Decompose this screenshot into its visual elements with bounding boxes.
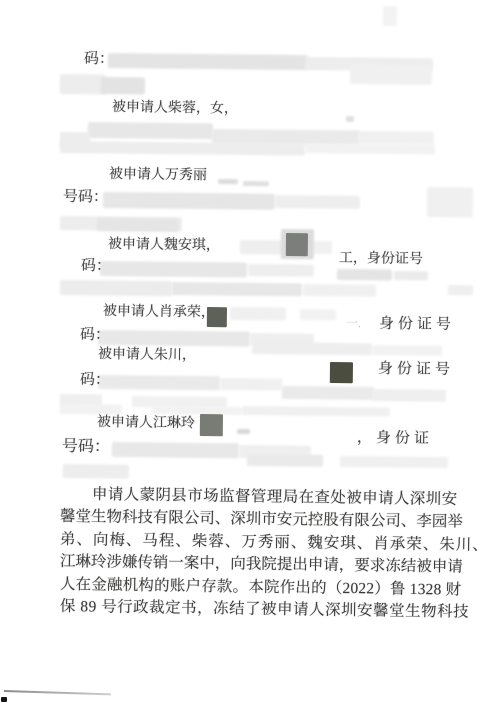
blur-smudge (242, 406, 390, 417)
paragraph-line-2: 馨堂生物科技有限公司、深圳市安元控股有限公司、李园举 (60, 508, 463, 531)
blur-smudge (240, 240, 286, 254)
paragraph-line-1: 申请人蒙阴县市场监督管理局在查处被申请人深圳安 (92, 486, 458, 509)
blur-smudge (346, 116, 354, 122)
number-code-label: 号码： (62, 438, 110, 457)
faint-mark: 一. (346, 317, 361, 331)
redaction-square (330, 362, 353, 383)
blur-smudge (372, 345, 442, 356)
blur-smudge (60, 74, 106, 94)
respondent-line-weianqi: 被申请人魏安琪， (108, 237, 220, 255)
blur-smudge (372, 389, 446, 402)
blur-smudge (100, 261, 247, 278)
blur-smudge (252, 342, 372, 355)
footer-line (4, 690, 111, 695)
blur-smudge (303, 284, 376, 297)
respondent-line-chairong: 被申请人柴蓉，女， (112, 100, 238, 118)
blur-smudge (218, 179, 238, 184)
blur-smudge (220, 378, 282, 391)
blur-smudge (97, 218, 179, 232)
respondent-line-xiaochengrong: 被申请人肖承荣， (103, 304, 215, 322)
blur-smudge (112, 442, 239, 458)
redaction-square (286, 233, 308, 256)
blur-smudge (305, 143, 435, 154)
blur-smudge (427, 187, 473, 217)
number-code-label: 号码： (63, 189, 108, 207)
blur-smudge (172, 282, 302, 296)
blur-smudge (243, 181, 269, 186)
scanned-document-page: 码： 被申请人柴蓉，女， 被申请人万秀丽 号码： 被申请人魏安琪， 工，身份证号… (0, 0, 499, 706)
id-number-label: 身份证号 (379, 316, 455, 334)
blur-smudge (383, 6, 397, 26)
id-code-label: 码： (84, 51, 114, 69)
blur-smudge (101, 77, 145, 94)
blur-smudge (282, 386, 374, 400)
blur-smudge (108, 53, 308, 70)
blur-smudge (448, 285, 473, 295)
blur-smudge (300, 309, 336, 320)
paragraph-line-6: 保 89 号行政裁定书，冻结了被申请人深圳安馨堂生物科技 (60, 598, 469, 622)
blur-smudge (248, 264, 314, 277)
blur-smudge (275, 195, 360, 209)
blur-smudge (98, 375, 220, 390)
id-code-label: 码： (81, 258, 111, 276)
blur-smudge (60, 404, 122, 415)
id-code-label: 码： (80, 372, 110, 390)
ink-dot (1, 697, 7, 702)
respondent-line-jianglinling: 被申请人江琳玲 (97, 415, 195, 432)
blur-smudge (98, 330, 250, 347)
id-number-label: 身份证号 (378, 361, 454, 379)
blur-smudge (394, 271, 428, 280)
respondent-line-wanxiuli: 被申请人万秀丽 (109, 167, 207, 184)
blur-smudge (340, 456, 448, 468)
blur-smudge (312, 241, 332, 254)
blur-smudge (237, 429, 250, 434)
blur-smudge (230, 307, 286, 321)
blur-smudge (350, 64, 432, 85)
blur-smudge (60, 280, 172, 296)
blur-smudge (337, 269, 392, 281)
blur-smudge (60, 141, 305, 156)
blur-smudge (88, 122, 213, 139)
paragraph-line-4: 江琳玲涉嫌传销一案中，向我院提出申请，要求冻结被申请 (60, 553, 463, 576)
blur-smudge (103, 192, 275, 210)
paragraph-line-5: 人在金融机构的账户存款。本院作出的（2022）鲁 1328 财 (60, 576, 462, 599)
paragraph-line-3: 弟、向梅、马程、柴蓉、万秀丽、魏安琪、肖承荣、朱川、 (60, 531, 489, 555)
id-code-label: 码： (80, 327, 110, 345)
blur-smudge (247, 454, 323, 467)
respondent-line-zhuchuan: 被申请人朱川， (98, 347, 196, 364)
id-suffix-jianglinling: ，身份证 (357, 430, 433, 448)
redaction-square (200, 414, 223, 436)
blur-smudge (63, 464, 129, 479)
id-number-suffix-weianqi: 工，身份证号 (339, 251, 423, 268)
blur-smudge (152, 406, 242, 415)
